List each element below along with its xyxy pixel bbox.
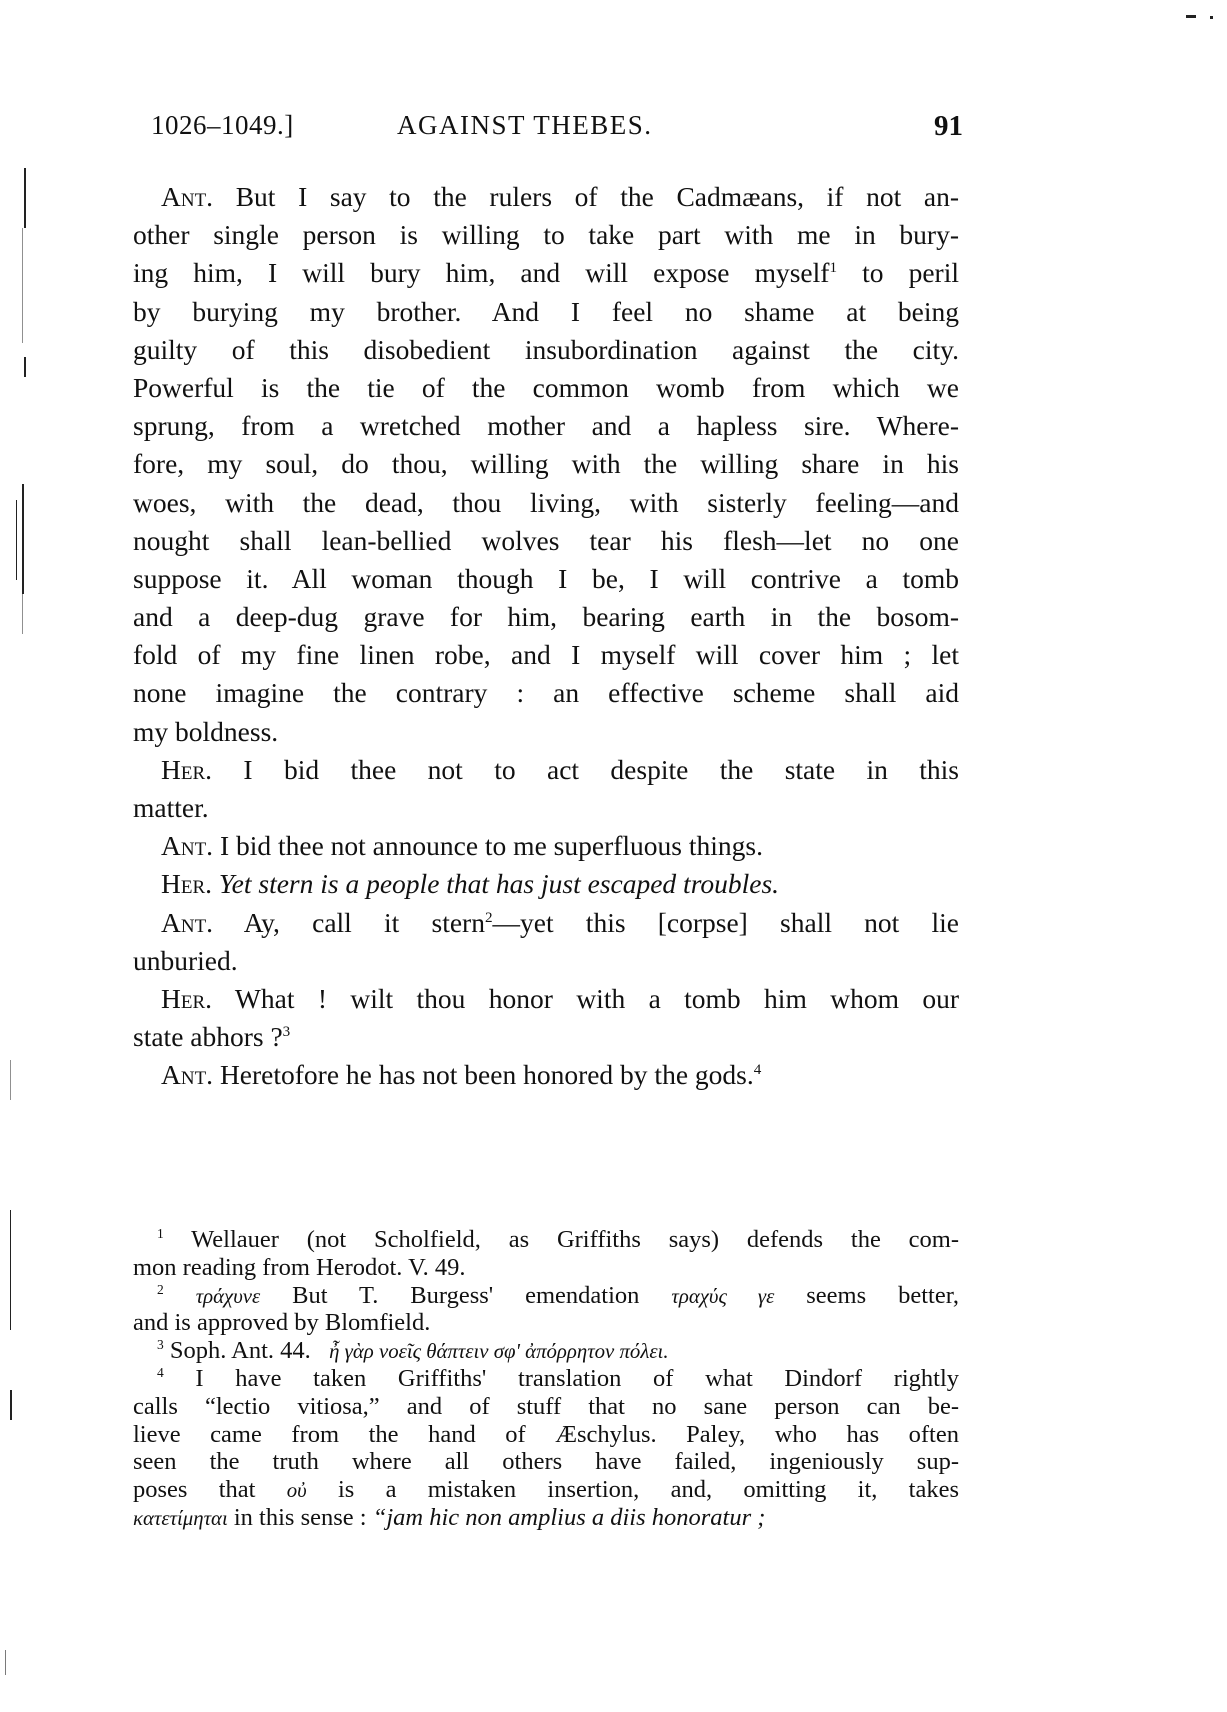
scan-artifact — [5, 1650, 6, 1675]
text-line: ing him, I will bury him, and will expos… — [133, 254, 959, 292]
footnote-line: κατετίμηται in this sense : “jam hic non… — [133, 1504, 959, 1532]
text-line: fold of my fine linen robe, and I myself… — [133, 636, 959, 674]
scan-artifact — [22, 484, 24, 594]
text-line: Powerful is the tie of the common womb f… — [133, 369, 959, 407]
running-title: AGAINST THEBES. — [397, 110, 653, 141]
scan-artifact — [10, 1390, 12, 1420]
scan-artifact — [10, 1060, 11, 1100]
footnote-number: 2 — [157, 1281, 164, 1296]
footnote-ref[interactable]: 4 — [754, 1062, 762, 1078]
footnote-number: 1 — [157, 1226, 164, 1241]
text-line: Her. I bid thee not to act despite the s… — [133, 751, 959, 789]
speaker-label: Her. — [161, 983, 212, 1014]
text-line: guilty of this disobedient insubordinati… — [133, 331, 959, 369]
scan-artifact — [22, 228, 23, 343]
scan-artifact — [22, 594, 23, 634]
speaker-label: Ant. — [161, 830, 213, 861]
scan-artifact — [1210, 16, 1213, 19]
footnote-ref[interactable]: 2 — [485, 909, 493, 925]
footnotes: 1 Wellauer (not Scholfield, as Griffiths… — [133, 1226, 959, 1532]
footnote-4: 4 I have taken Griffiths' translation of… — [133, 1365, 959, 1393]
speaker-label: Ant. — [161, 1059, 213, 1090]
footnote-ref[interactable]: 1 — [829, 260, 837, 276]
footnote-ref[interactable]: 3 — [283, 1024, 291, 1040]
speaker-label: Ant. — [161, 907, 213, 938]
text-line: woes, with the dead, thou living, with s… — [133, 484, 959, 522]
footnote-line: mon reading from Herodot. V. 49. — [133, 1254, 959, 1282]
footnote-line: lieve came from the hand of Æschylus. Pa… — [133, 1421, 959, 1449]
text-line: my boldness. — [133, 713, 959, 751]
scan-artifact — [1186, 15, 1196, 18]
text-line: and a deep-dug grave for him, bearing ea… — [133, 598, 959, 636]
footnote-1: 1 Wellauer (not Scholfield, as Griffiths… — [133, 1226, 959, 1254]
text-line: Ant. Ay, call it stern2—yet this [corpse… — [133, 904, 959, 942]
text-line: none imagine the contrary : an effective… — [133, 674, 959, 712]
scan-artifact — [24, 168, 26, 228]
footnote-line: and is approved by Blomfield. — [133, 1309, 959, 1337]
footnote-line: calls “lectio vitiosa,” and of stuff tha… — [133, 1393, 959, 1421]
text-line: state abhors ?3 — [133, 1018, 959, 1056]
text-line: Her. What ! wilt thou honor with a tomb … — [133, 980, 959, 1018]
page-number: 91 — [934, 110, 963, 143]
running-head: 1026–1049.] AGAINST THEBES. 91 — [151, 110, 963, 150]
footnote-number: 4 — [157, 1365, 164, 1380]
text-line: Ant. Heretofore he has not been honored … — [133, 1056, 959, 1094]
text-line: by burying my brother. And I feel no sha… — [133, 293, 959, 331]
line-range: 1026–1049.] — [151, 110, 294, 141]
scan-artifact — [24, 357, 26, 377]
text-line: other single person is willing to take p… — [133, 216, 959, 254]
text-line: fore, my soul, do thou, willing with the… — [133, 445, 959, 483]
text-line: Her. Yet stern is a people that has just… — [133, 865, 959, 903]
text-line: unburied. — [133, 942, 959, 980]
text-line: sprung, from a wretched mother and a hap… — [133, 407, 959, 445]
text-line: suppose it. All woman though I be, I wil… — [133, 560, 959, 598]
footnote-2: 2 τράχυνε But T. Burgess' emendation τρα… — [133, 1282, 959, 1310]
text-line: Ant. I bid thee not announce to me super… — [133, 827, 959, 865]
speaker-label: Her. — [161, 754, 212, 785]
speaker-label: Ant. — [161, 181, 213, 212]
footnote-number: 3 — [157, 1337, 164, 1352]
footnote-line: seen the truth where all others have fai… — [133, 1448, 959, 1476]
scan-artifact — [16, 500, 17, 580]
footnote-3: 3 Soph. Ant. 44. ἦ γὰρ νοεῖς θάπτειν σφ'… — [133, 1337, 959, 1365]
text-line: matter. — [133, 789, 959, 827]
speaker-label: Her. — [161, 868, 212, 899]
footnote-line: poses that οὐ is a mistaken insertion, a… — [133, 1476, 959, 1504]
text-line: Ant. But I say to the rulers of the Cadm… — [133, 178, 959, 216]
text-line: nought shall lean-bellied wolves tear hi… — [133, 522, 959, 560]
book-page: 1026–1049.] AGAINST THEBES. 91 Ant. But … — [0, 0, 1227, 1712]
main-text: Ant. But I say to the rulers of the Cadm… — [133, 178, 959, 1095]
scan-artifact — [10, 1210, 11, 1330]
